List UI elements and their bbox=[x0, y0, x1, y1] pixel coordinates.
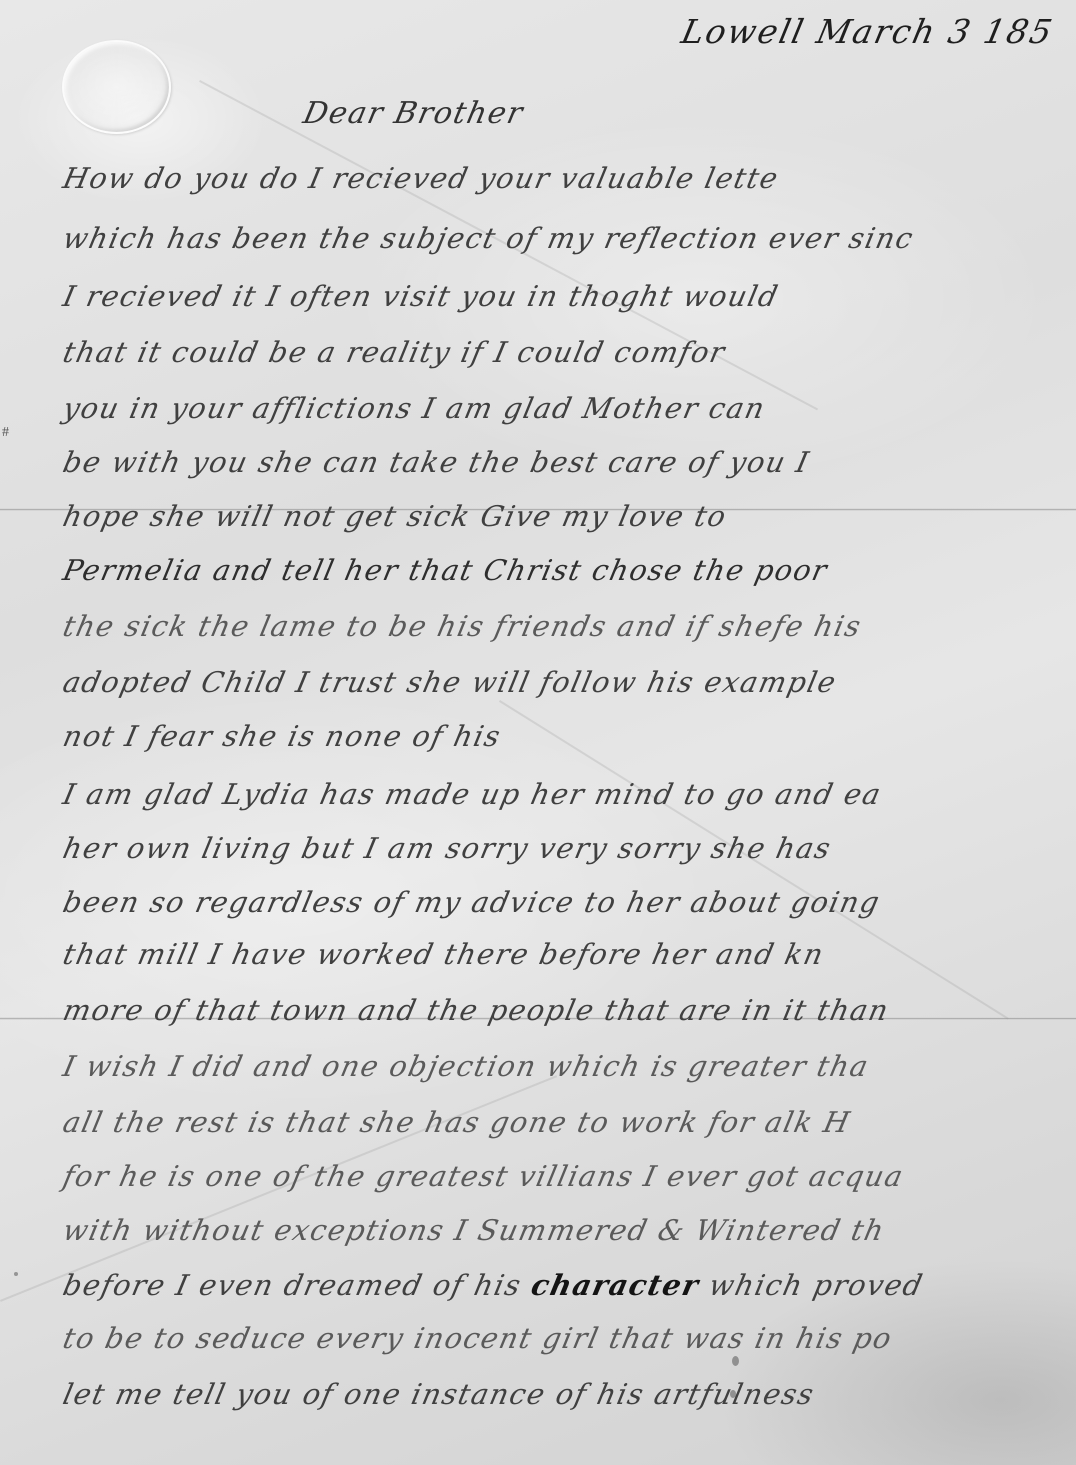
letter-line: adopted Child I trust she will follow hi… bbox=[60, 666, 840, 699]
embossed-seal bbox=[62, 40, 171, 134]
letter-line: her own living but I am sorry very sorry… bbox=[60, 832, 835, 865]
margin-mark: # bbox=[2, 425, 9, 441]
letter-line: with without exceptions I Summered & Win… bbox=[60, 1214, 888, 1247]
letter-line: that mill I have worked there before her… bbox=[60, 938, 827, 971]
letter-line-text: which proved bbox=[706, 1269, 926, 1302]
letter-line: I recieved it I often visit you in thogh… bbox=[60, 280, 782, 313]
letter-line: Permelia and tell her that Christ chose … bbox=[60, 554, 831, 587]
emphasized-word: character bbox=[528, 1268, 702, 1302]
letter-line: let me tell you of one instance of his a… bbox=[60, 1378, 818, 1411]
letter-line: which has been the subject of my reflect… bbox=[60, 222, 917, 255]
letter-line: more of that town and the people that ar… bbox=[60, 994, 892, 1027]
letter-line: before I even dreamed of his character w… bbox=[60, 1268, 927, 1302]
ink-spot bbox=[732, 1356, 739, 1366]
letter-line: I am glad Lydia has made up her mind to … bbox=[60, 778, 885, 811]
letter-page: # Lowell March 3 185 Dear Brother How do… bbox=[0, 0, 1076, 1465]
letter-line: all the rest is that she has gone to wor… bbox=[60, 1106, 854, 1139]
letter-line: be with you she can take the best care o… bbox=[60, 446, 813, 479]
letter-line: you in your afflictions I am glad Mother… bbox=[60, 392, 769, 425]
letter-line: not I fear she is none of his bbox=[60, 720, 504, 753]
letter-line: that it could be a reality if I could co… bbox=[60, 336, 729, 369]
letter-line: I wish I did and one objection which is … bbox=[60, 1050, 872, 1083]
letter-line-text: before I even dreamed of his bbox=[60, 1269, 525, 1302]
ink-spot bbox=[14, 1272, 18, 1276]
salutation: Dear Brother bbox=[300, 96, 527, 131]
letter-line: the sick the lame to be his friends and … bbox=[60, 610, 865, 643]
letter-line: for he is one of the greatest villians I… bbox=[60, 1160, 907, 1193]
dateline: Lowell March 3 185 bbox=[678, 12, 1057, 51]
letter-line: How do you do I recieved your valuable l… bbox=[60, 162, 782, 195]
letter-line: been so regardless of my advice to her a… bbox=[60, 886, 883, 919]
letter-line: to be to seduce every inocent girl that … bbox=[60, 1322, 896, 1355]
letter-line: hope she will not get sick Give my love … bbox=[60, 500, 730, 533]
